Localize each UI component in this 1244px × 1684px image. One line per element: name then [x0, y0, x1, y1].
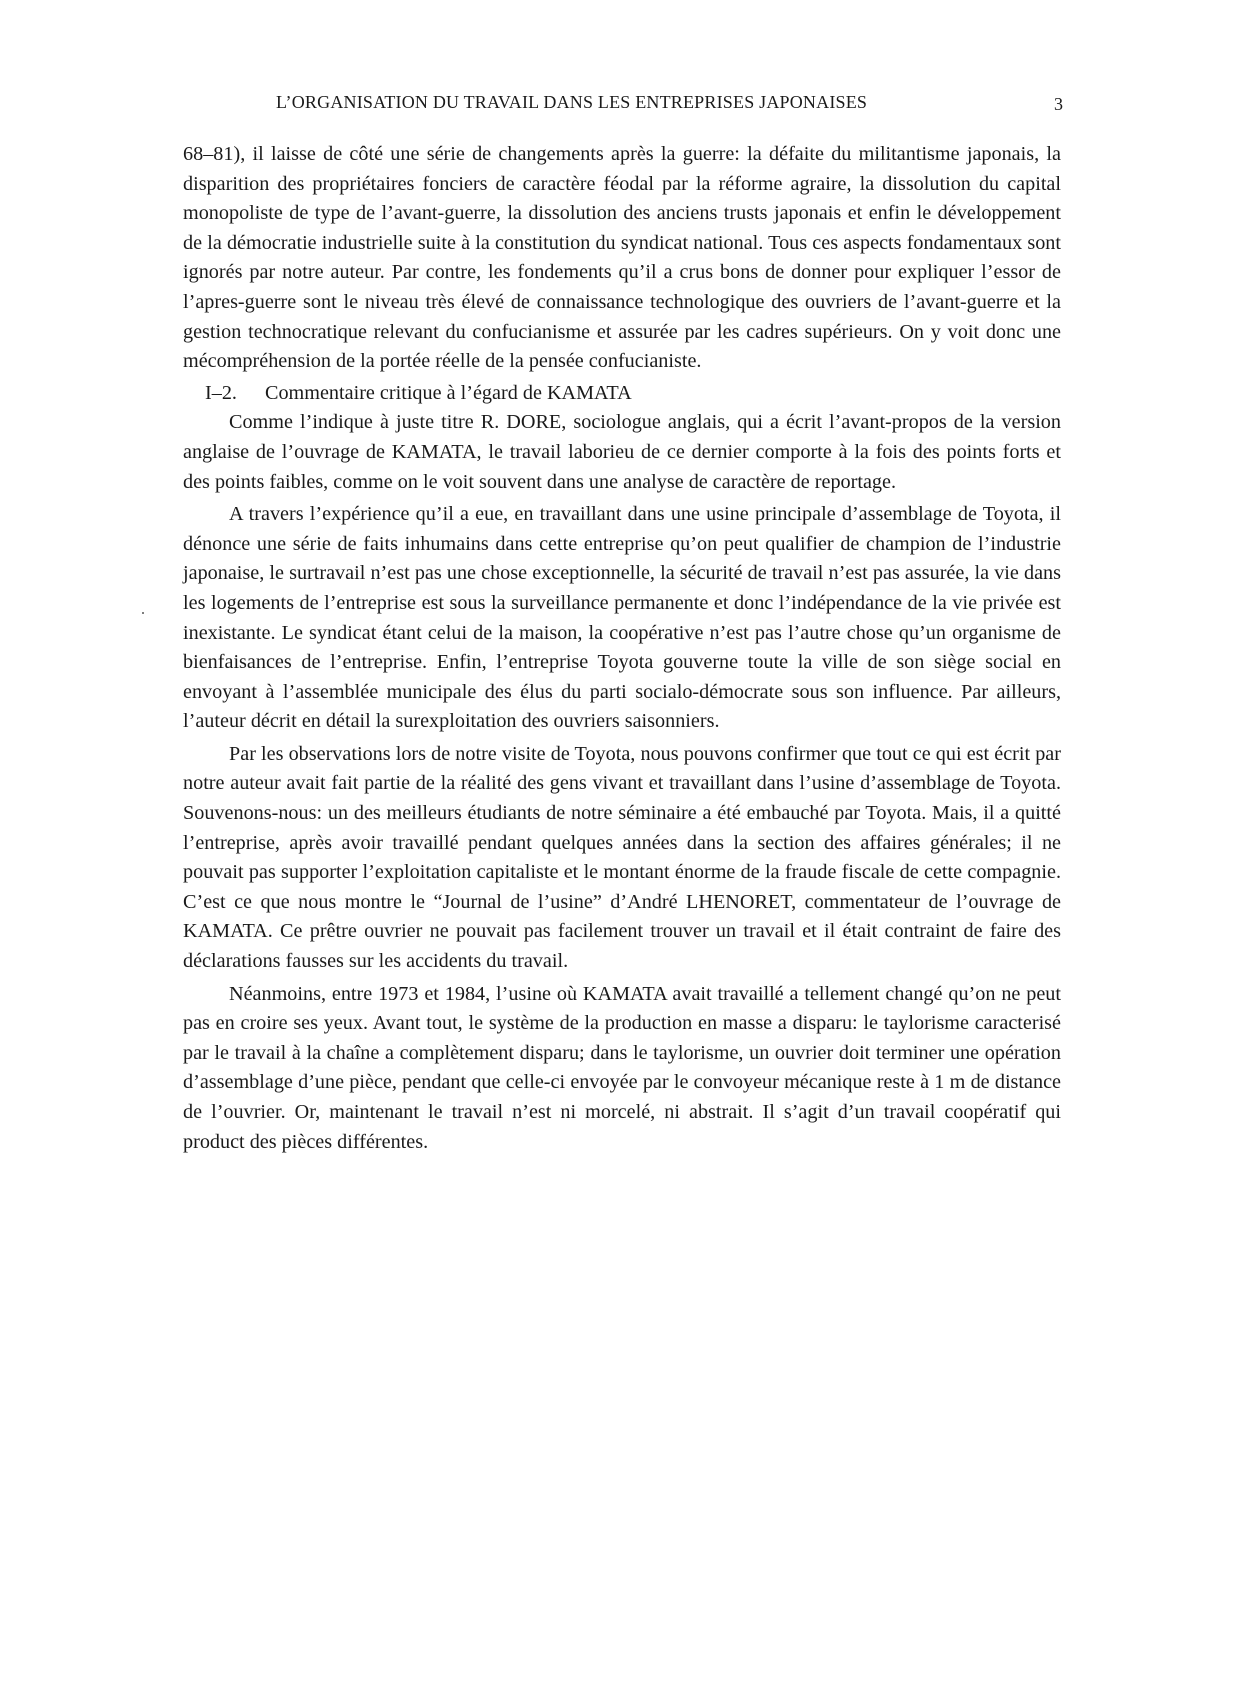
- section-title: Commentaire critique à l’égard de KAMATA: [265, 382, 632, 404]
- running-header: L’ORGANISATION DU TRAVAIL DANS LES ENTRE…: [183, 92, 1061, 120]
- running-title: L’ORGANISATION DU TRAVAIL DANS LES ENTRE…: [276, 92, 867, 113]
- section-heading: I–2.Commentaire critique à l’égard de KA…: [183, 379, 1061, 409]
- paragraph-continued: 68–81), il laisse de côté une série de c…: [183, 140, 1061, 377]
- document-page: L’ORGANISATION DU TRAVAIL DANS LES ENTRE…: [0, 0, 1244, 1684]
- page-number: 3: [1054, 94, 1063, 115]
- paragraph: Néanmoins, entre 1973 et 1984, l’usine o…: [183, 980, 1061, 1158]
- section-number: I–2.: [205, 379, 265, 409]
- paragraph: Comme l’indique à juste titre R. DORE, s…: [183, 408, 1061, 497]
- paragraph: A travers l’expérience qu’il a eue, en t…: [183, 500, 1061, 737]
- paragraph: Par les observations lors de notre visit…: [183, 740, 1061, 977]
- scan-artifact-dot: [142, 612, 144, 614]
- body-text: 68–81), il laisse de côté une série de c…: [183, 140, 1061, 1157]
